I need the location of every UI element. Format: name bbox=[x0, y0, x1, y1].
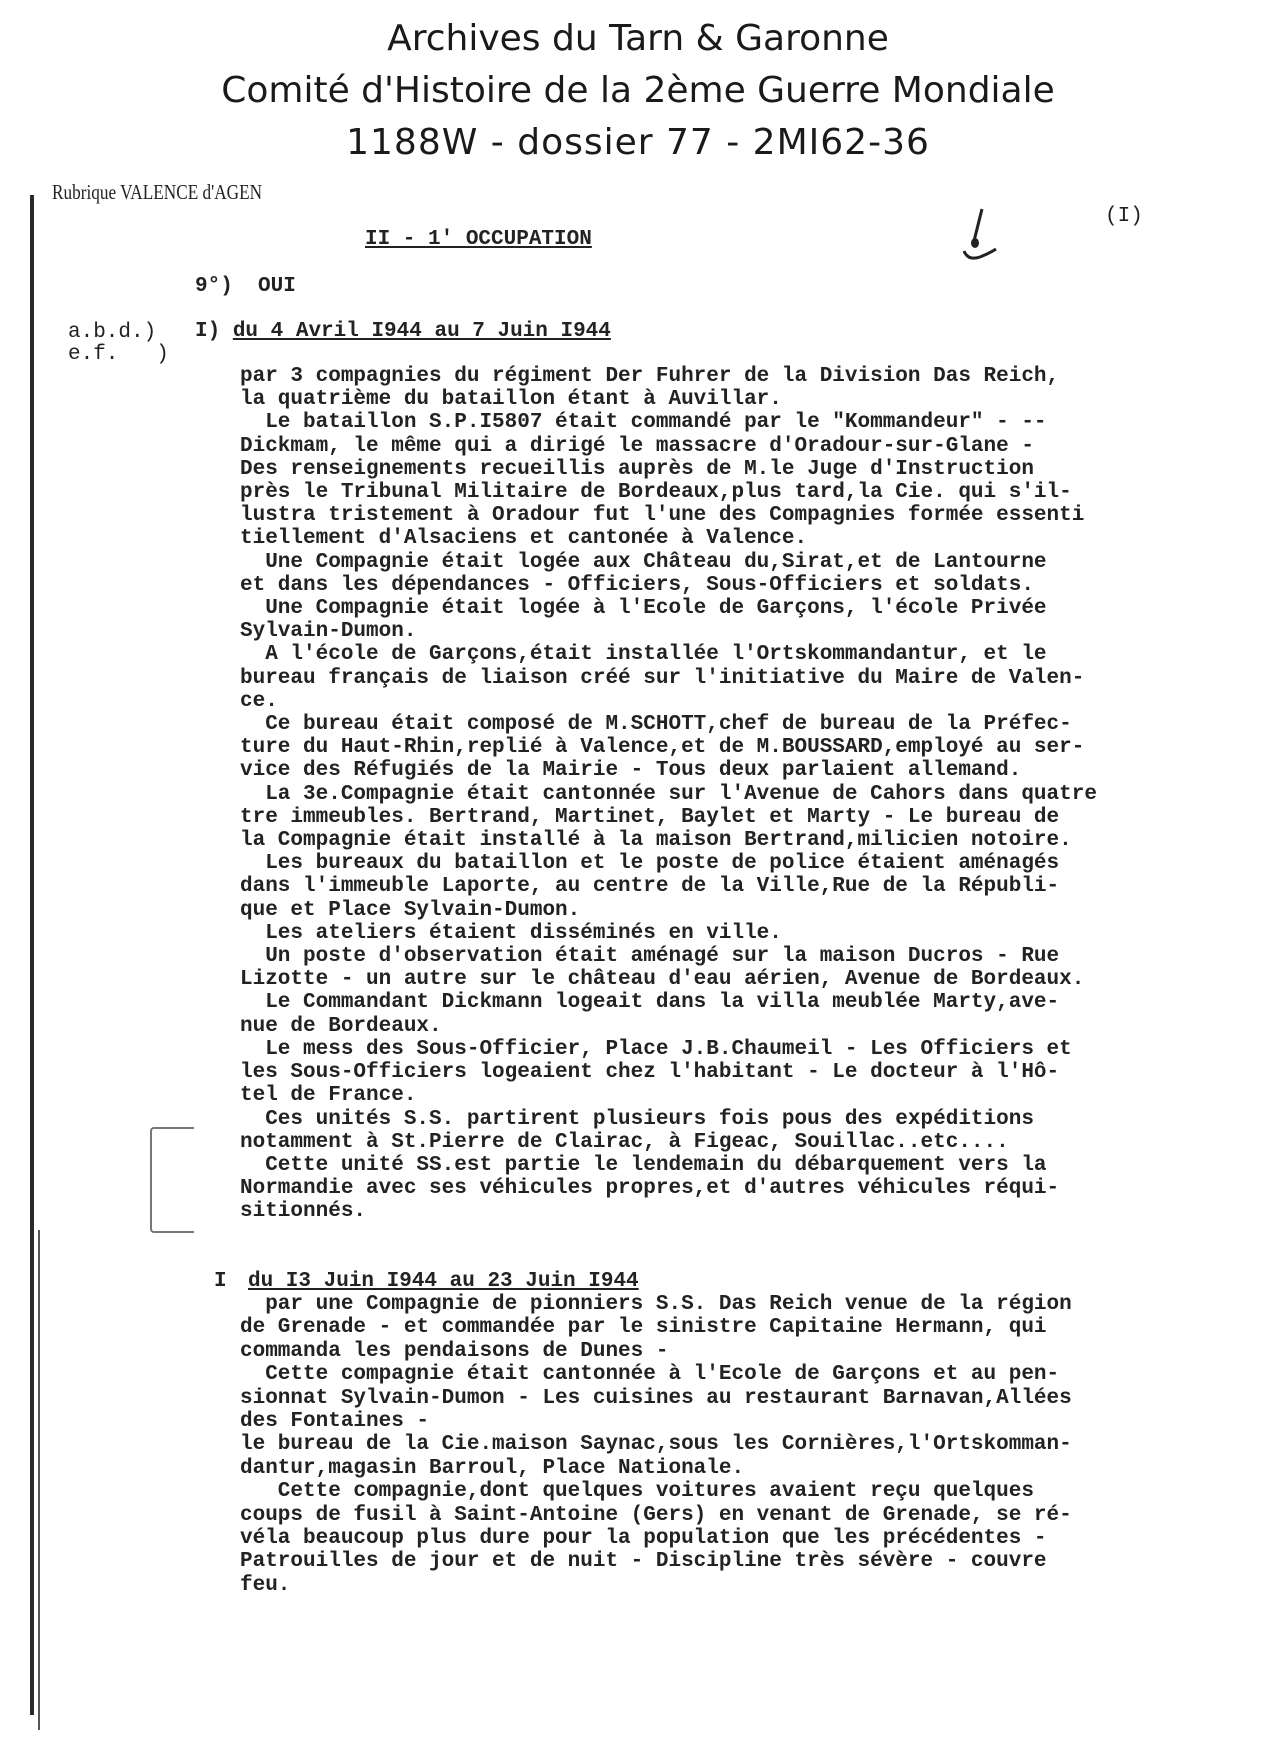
period-2-heading: I du I3 Juin I944 au 23 Juin I944 bbox=[220, 1270, 639, 1293]
period-2-dates: du I3 Juin I944 au 23 Juin I944 bbox=[248, 1270, 639, 1293]
period-2-label: I bbox=[214, 1270, 227, 1293]
text-line: près le Tribunal Militaire de Bordeaux,p… bbox=[240, 481, 1200, 504]
text-line: par 3 compagnies du régiment Der Fuhrer … bbox=[240, 365, 1200, 388]
period-1-dates: du 4 Avril I944 au 7 Juin I944 bbox=[233, 320, 611, 343]
text-line: dantur,magasin Barroul, Place Nationale. bbox=[240, 1457, 1200, 1480]
text-line: ture du Haut-Rhin,replié à Valence,et de… bbox=[240, 736, 1200, 759]
scan-border-line-lower bbox=[38, 1230, 40, 1730]
text-line: la quatrième du bataillon étant à Auvill… bbox=[240, 388, 1200, 411]
text-line: nue de Bordeaux. bbox=[240, 1015, 1200, 1038]
page-number: (I) bbox=[1105, 205, 1143, 228]
archive-stamp-line-2: Comité d'Histoire de la 2ème Guerre Mond… bbox=[0, 70, 1276, 112]
question-answer: 9°) OUI bbox=[195, 275, 296, 298]
text-line: sionnat Sylvain-Dumon - Les cuisines au … bbox=[240, 1387, 1200, 1410]
text-line: Un poste d'observation était aménagé sur… bbox=[240, 945, 1200, 968]
text-line: lustra tristement à Oradour fut l'une de… bbox=[240, 504, 1200, 527]
text-line: commanda les pendaisons de Dunes - bbox=[240, 1340, 1200, 1363]
text-line: Les bureaux du bataillon et le poste de … bbox=[240, 852, 1200, 875]
text-line: Le bataillon S.P.I5807 était commandé pa… bbox=[240, 411, 1200, 434]
text-line: Sylvain-Dumon. bbox=[240, 620, 1200, 643]
text-line: Le mess des Sous-Officier, Place J.B.Cha… bbox=[240, 1038, 1200, 1061]
text-line: A l'école de Garçons,était installée l'O… bbox=[240, 643, 1200, 666]
text-line: Les ateliers étaient disséminés en ville… bbox=[240, 922, 1200, 945]
scan-border-line bbox=[30, 195, 34, 1715]
text-line: véla beaucoup plus dure pour la populati… bbox=[240, 1527, 1200, 1550]
text-line: Des renseignements recueillis auprès de … bbox=[240, 458, 1200, 481]
text-line: Une Compagnie était logée à l'Ecole de G… bbox=[240, 597, 1200, 620]
text-line: coups de fusil à Saint-Antoine (Gers) en… bbox=[240, 1504, 1200, 1527]
text-line: Cette unité SS.est partie le lendemain d… bbox=[240, 1154, 1200, 1177]
archive-stamp-line-1: Archives du Tarn & Garonne bbox=[0, 18, 1276, 60]
rubrique-label: Rubrique VALENCE d'AGEN bbox=[52, 180, 262, 205]
handwritten-numeral-icon bbox=[960, 205, 1000, 265]
text-line: des Fontaines - bbox=[240, 1410, 1200, 1433]
text-line: Le Commandant Dickmann logeait dans la v… bbox=[240, 991, 1200, 1014]
text-line: Cette compagnie était cantonnée à l'Ecol… bbox=[240, 1363, 1200, 1386]
text-line: tel de France. bbox=[240, 1084, 1200, 1107]
text-line: les Sous-Officiers logeaient chez l'habi… bbox=[240, 1061, 1200, 1084]
text-line: Normandie avec ses véhicules propres,et … bbox=[240, 1177, 1200, 1200]
text-line: que et Place Sylvain-Dumon. bbox=[240, 899, 1200, 922]
text-line: Lizotte - un autre sur le château d'eau … bbox=[240, 968, 1200, 991]
period-1-label: I) bbox=[195, 320, 220, 343]
text-line: tre immeubles. Bertrand, Martinet, Bayle… bbox=[240, 806, 1200, 829]
text-line: dans l'immeuble Laporte, au centre de la… bbox=[240, 875, 1200, 898]
text-line: La 3e.Compagnie était cantonnée sur l'Av… bbox=[240, 783, 1200, 806]
text-line: et dans les dépendances - Officiers, Sou… bbox=[240, 574, 1200, 597]
period-1-body: par 3 compagnies du régiment Der Fuhrer … bbox=[240, 365, 1200, 1224]
text-line: ce. bbox=[240, 690, 1200, 713]
text-line: Ce bureau était composé de M.SCHOTT,chef… bbox=[240, 713, 1200, 736]
text-line: Patrouilles de jour et de nuit - Discipl… bbox=[240, 1550, 1200, 1573]
text-line: sitionnés. bbox=[240, 1200, 1200, 1223]
text-line: feu. bbox=[240, 1574, 1200, 1597]
text-line: par une Compagnie de pionniers S.S. Das … bbox=[240, 1293, 1200, 1316]
text-line: bureau français de liaison créé sur l'in… bbox=[240, 667, 1200, 690]
period-1-heading: I) du 4 Avril I944 au 7 Juin I944 bbox=[195, 320, 611, 343]
text-line: de Grenade - et commandée par le sinistr… bbox=[240, 1316, 1200, 1339]
text-line: le bureau de la Cie.maison Saynac,sous l… bbox=[240, 1433, 1200, 1456]
period-2-body: par une Compagnie de pionniers S.S. Das … bbox=[240, 1293, 1200, 1597]
text-line: Cette compagnie,dont quelques voitures a… bbox=[240, 1480, 1200, 1503]
section-title: II - 1' OCCUPATION bbox=[365, 228, 592, 251]
text-line: la Compagnie était installé à la maison … bbox=[240, 829, 1200, 852]
text-line: Une Compagnie était logée aux Château du… bbox=[240, 551, 1200, 574]
handwritten-bracket bbox=[150, 1127, 194, 1233]
text-line: tiellement d'Alsaciens et cantonée à Val… bbox=[240, 527, 1200, 550]
text-line: vice des Réfugiés de la Mairie - Tous de… bbox=[240, 759, 1200, 782]
margin-note: a.b.d.) e.f. ) bbox=[68, 322, 169, 366]
archive-stamp-reference: 1188W - dossier 77 - 2MI62-36 bbox=[0, 122, 1276, 164]
text-line: notamment à St.Pierre de Clairac, à Fige… bbox=[240, 1131, 1200, 1154]
text-line: Dickmam, le même qui a dirigé le massacr… bbox=[240, 435, 1200, 458]
text-line: Ces unités S.S. partirent plusieurs fois… bbox=[240, 1108, 1200, 1131]
